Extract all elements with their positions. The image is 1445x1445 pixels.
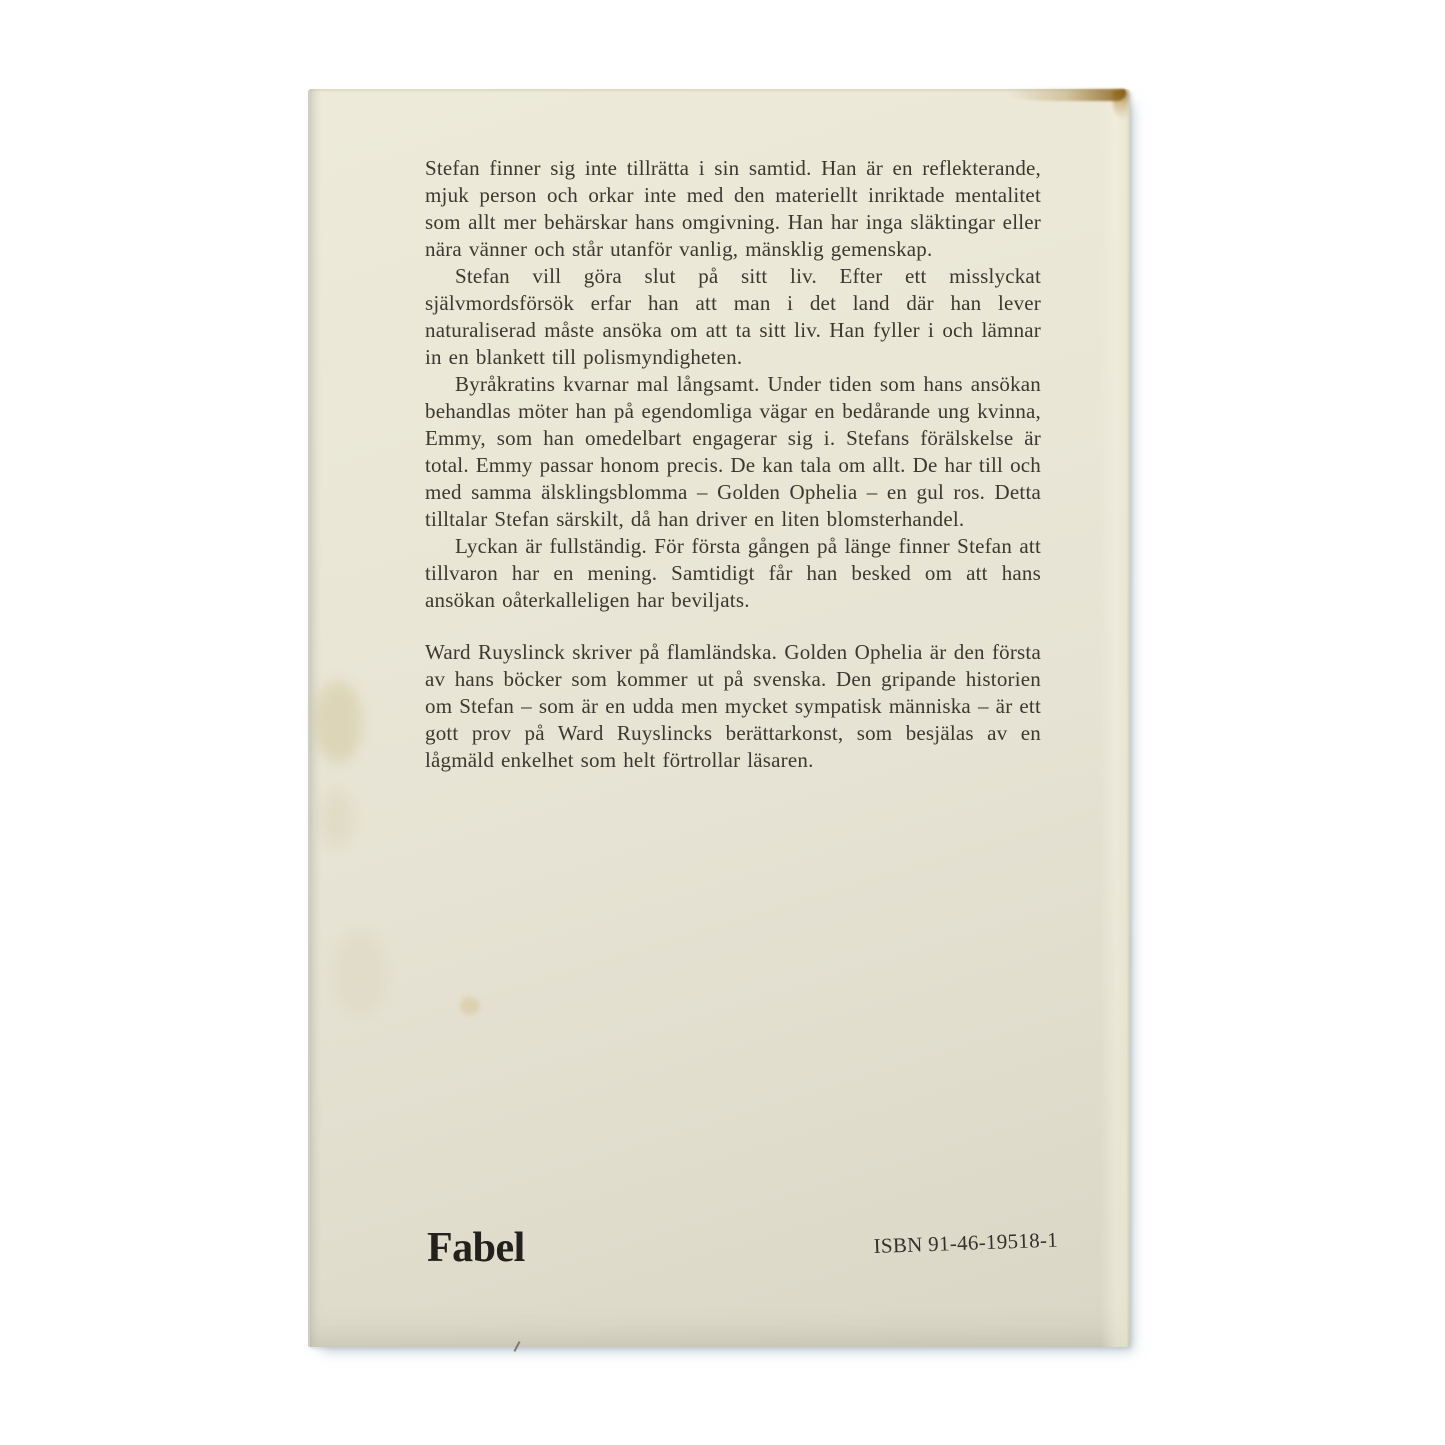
blurb-paragraph: Stefan finner sig inte tillrätta i sin s… [425,155,1041,263]
age-spot [320,789,354,847]
blurb-paragraph: Byråkratins kvarnar mal långsamt. Under … [425,371,1041,533]
wear-stain-top-right-corner [1113,91,1128,119]
publisher-logo: Fabel [427,1227,525,1269]
age-spot [460,997,480,1015]
age-spot [334,931,386,1015]
photo-background: Stefan finner sig inte tillrätta i sin s… [0,0,1445,1445]
back-cover-blurb: Stefan finner sig inte tillrätta i sin s… [425,155,1041,774]
page-edge-highlight [1100,89,1130,1347]
wear-stain-top-edge [1008,89,1126,101]
book-back-cover: Stefan finner sig inte tillrätta i sin s… [308,89,1130,1347]
age-spot [314,681,362,763]
author-note-paragraph: Ward Ruyslinck skriver på flamländska. G… [425,639,1041,774]
scratch-mark [514,1341,521,1352]
isbn-number: ISBN 91-46-19518-1 [873,1230,1058,1257]
blurb-paragraph: Lyckan är fullständig. För första gången… [425,533,1041,614]
blurb-paragraph: Stefan vill göra slut på sitt liv. Efter… [425,263,1041,371]
